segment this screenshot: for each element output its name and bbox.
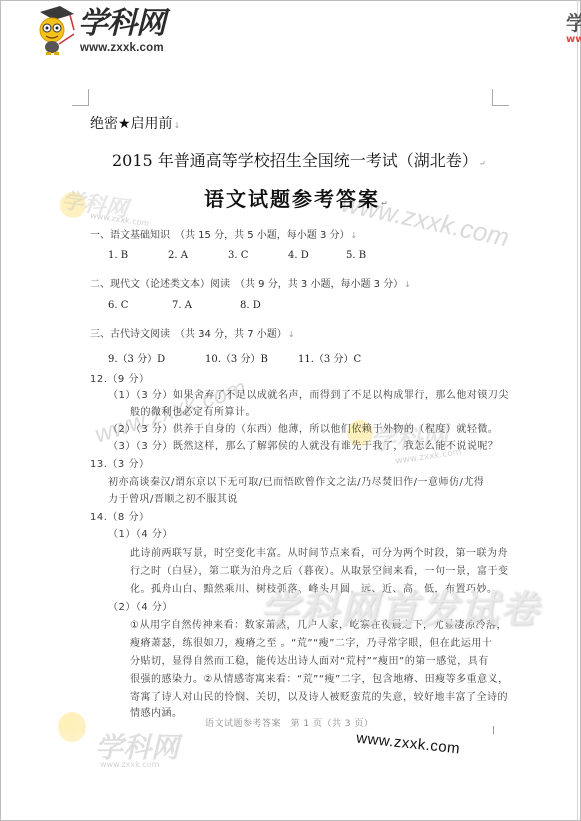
q13-label: 13.（3 分） <box>90 455 149 470</box>
q14-part1-line-3: 化。孤舟山白、黯然乘川、树枝弧落、峰头月圆，远、近、高、低，布置巧妙。 <box>130 580 498 595</box>
q13-line-1: 初亦高谈秦汉/谓东京以下无可取/已而悟欧曾作文之法/乃尽焚旧作/一意师仿/尤得 <box>108 473 484 488</box>
q14-part2-line-1: ①从用字自然传神来看：数家萧然，几户人家，屹寨在夜晨之下，尤显凄凉冷落， <box>130 616 507 631</box>
logo-url: www.zxxk.com <box>80 42 164 54</box>
q14-part2-label: （2）（4 分） <box>108 598 173 613</box>
answer-11: 11.（3 分）C <box>298 350 361 365</box>
q12-item-3: （3）（3 分）既然这样，那么了解郭侯的人就没有谁先于我了，我怎么能不说说呢？ <box>108 437 498 452</box>
mascot-watermark-icon <box>58 712 86 742</box>
q12-item-1-cont: 般的微利也必定有所算计。 <box>130 403 256 418</box>
site-logo[interactable]: 学科网 www.zxxk.com <box>34 4 184 56</box>
q13-line-2: 力于曾巩/晋顺之初不服其说 <box>108 490 238 505</box>
answer-2: 2. A <box>168 250 188 261</box>
q14-label: 14.（8 分） <box>90 508 149 523</box>
answer-3: 3. C <box>228 250 248 261</box>
answer-1: 1. B <box>108 250 128 261</box>
mascot-watermark-icon <box>60 192 86 218</box>
section-heading-3: 三、古代诗文阅读 （共 34 分，共 7 小题）↓ <box>90 325 295 340</box>
logo-partial-url: ww <box>566 34 581 46</box>
logo-name: 学科网 <box>78 8 165 40</box>
graduate-mascot-icon <box>34 4 78 56</box>
q12-item-2: （2）（3 分）供养于自身的（东西）他薄，所以他们依赖于外物的（程度）就轻微。 <box>108 420 498 435</box>
q14-part1-line-2: 行之时（白昼），第二联为泊舟之后（暮夜）。从取景空间来看，一句一景，富于变 <box>130 562 509 577</box>
answer-9: 9.（3 分）D <box>108 350 165 365</box>
q14-part2-line-6: 情感内涵。 <box>130 704 183 719</box>
q14-part2-line-3: 分贴切，显得自然而工稳，能传达出诗人面对“荒村”“瘦田”的第一感觉，具有 <box>130 652 489 667</box>
exam-title: 2015 年普通高等学校招生全国统一考试（湖北卷）↵ <box>112 148 486 171</box>
margin-tick <box>493 726 494 734</box>
q14-part2-line-2: 瘦瘠萧瑟，练很如刀，瘦瘠之至 。“荒”“瘦”二字，乃寻常字眼，但在此运用十 <box>130 634 492 649</box>
crop-mark-top-right <box>492 89 509 106</box>
crop-mark-top-left <box>72 89 89 106</box>
page-edge <box>577 0 578 821</box>
site-logo-partial: 学 ww <box>566 12 581 46</box>
answer-7: 7. A <box>172 300 192 311</box>
page-footer: 语文试题参考答案 第 1 页（共 3 页） <box>205 716 373 729</box>
answer-6: 6. C <box>108 300 128 311</box>
q14-part2-line-5: 寄寓了诗人对山民的怜悯、关切，以及诗人被贬蛮荒的失意，较好地丰富了全诗的 <box>130 688 508 703</box>
q14-part1-label: （1）（4 分） <box>108 525 173 540</box>
q14-part1-line-1: 此诗前两联写景，时空变化丰富。从时间节点来看，可分为两个时段，第一联为舟 <box>130 544 508 559</box>
q12-label: 12.（9 分） <box>90 370 149 385</box>
document-title: 语文试题参考答案↵ <box>204 183 390 212</box>
confidential-label: 绝密★启用前↓ <box>90 113 180 133</box>
q14-part2-line-4: 很强的感染力。②从情感寄寓来看：“荒”“瘦”二字，包含地瘠、田瘦等多重意义， <box>130 670 509 685</box>
section-heading-2: 二、现代文（论述类文本）阅读 （共 9 分，共 3 小题，每小题 3 分）↓ <box>90 275 411 290</box>
answer-10: 10.（3 分）B <box>205 350 268 365</box>
q12-item-1: （1）（3 分）如果舍弃了不足以成就名声，而得到了不足以构成罪行，那么他对镆刀尖 <box>108 386 509 401</box>
answer-8: 8. D <box>240 300 261 311</box>
logo-partial-name: 学 <box>566 12 581 34</box>
answer-4: 4. D <box>288 250 309 261</box>
answer-5: 5. B <box>346 250 366 261</box>
section-heading-1: 一、语文基础知识 （共 15 分，共 5 小题，每小题 3 分）↓ <box>90 226 357 241</box>
